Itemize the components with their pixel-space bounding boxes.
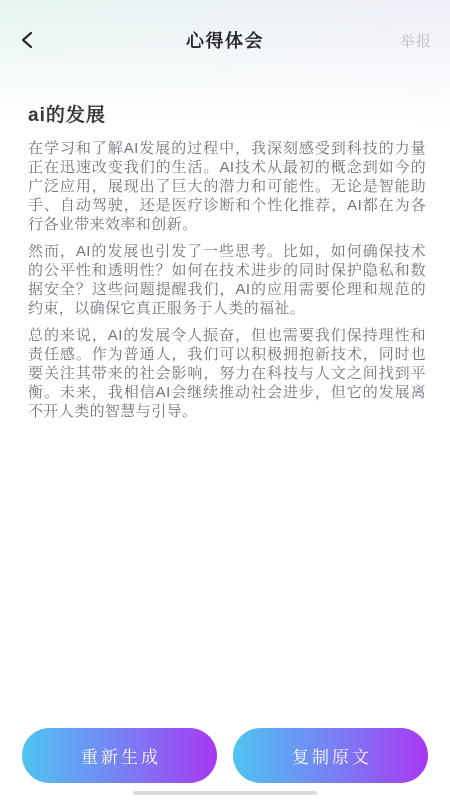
article-content: ai的发展 在学习和了解AI发展的过程中，我深刻感受到科技的力量正在迅速改变我们… xyxy=(0,100,450,421)
chevron-left-icon xyxy=(18,30,36,50)
action-bar: 重新生成 复制原文 xyxy=(22,728,428,783)
navbar: 心得体会 举报 xyxy=(0,19,450,61)
article-paragraph: 然而，AI的发展也引发了一些思考。比如，如何确保技术的公平性和透明性？如何在技术… xyxy=(28,242,426,318)
article-title: ai的发展 xyxy=(28,100,426,127)
article-paragraph: 总的来说，AI的发展令人振奋，但也需要我们保持理性和责任感。作为普通人，我们可以… xyxy=(28,326,426,421)
back-button[interactable] xyxy=(10,19,54,61)
page-title: 心得体会 xyxy=(186,27,264,53)
report-button[interactable]: 举报 xyxy=(400,19,432,61)
article-paragraph: 在学习和了解AI发展的过程中，我深刻感受到科技的力量正在迅速改变我们的生活。AI… xyxy=(28,139,426,234)
app-screen: 心得体会 举报 ai的发展 在学习和了解AI发展的过程中，我深刻感受到科技的力量… xyxy=(0,0,450,800)
home-indicator[interactable] xyxy=(133,791,317,795)
copy-original-button[interactable]: 复制原文 xyxy=(233,728,428,783)
regenerate-button[interactable]: 重新生成 xyxy=(22,728,217,783)
